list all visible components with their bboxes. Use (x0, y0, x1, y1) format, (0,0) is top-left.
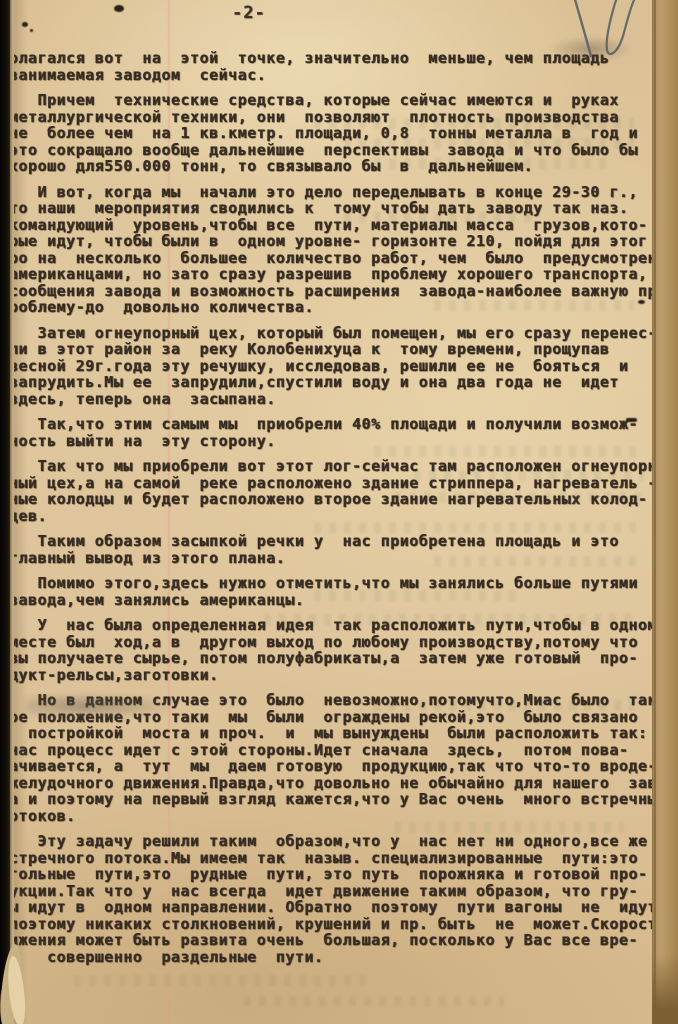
bleed-through-smudge (244, 996, 504, 1007)
ink-speck (30, 29, 33, 32)
scanned-document: -2- олагался вот на этой точке, значител… (0, 0, 678, 1024)
typed-paragraph: Таким образом засыпкой речки у нас приоб… (14, 533, 652, 566)
page-number: -2- (232, 3, 266, 23)
typed-paragraph: Причем технические средства, которые сей… (14, 92, 652, 175)
torn-corner (0, 928, 34, 1024)
handwritten-pen-mark (560, 0, 652, 66)
ink-speck (626, 418, 637, 422)
typed-paragraph: Так,что этим самым мы приобрели 40% площ… (14, 416, 652, 449)
typed-paragraph: И вот, когда мы начали это дело переделы… (14, 184, 652, 316)
ink-smudge (26, 693, 176, 719)
typed-paragraph: Так что мы приобрели вот этот лог-сейчас… (14, 458, 652, 524)
typed-paragraph: Помимо этого,здесь нужно отметить,что мы… (14, 575, 652, 608)
typed-paragraph: Эту задачу решили таким образом,что у на… (14, 833, 652, 965)
page-paper: -2- олагался вот на этой точке, значител… (14, 0, 652, 1024)
page-edge-right-line (654, 0, 656, 1024)
typed-text-block: олагался вот на этой точке, значительно … (14, 50, 652, 974)
bleed-through-smudge (74, 975, 374, 986)
ink-speck (22, 22, 28, 27)
typed-paragraph: Затем огнеупорный цех, который был помещ… (14, 325, 652, 408)
typed-paragraph: У нас была определенная идея так располо… (14, 617, 652, 683)
ink-speck (638, 300, 645, 304)
ink-speck (114, 5, 124, 12)
page-edge-right-corner (652, 954, 678, 1024)
